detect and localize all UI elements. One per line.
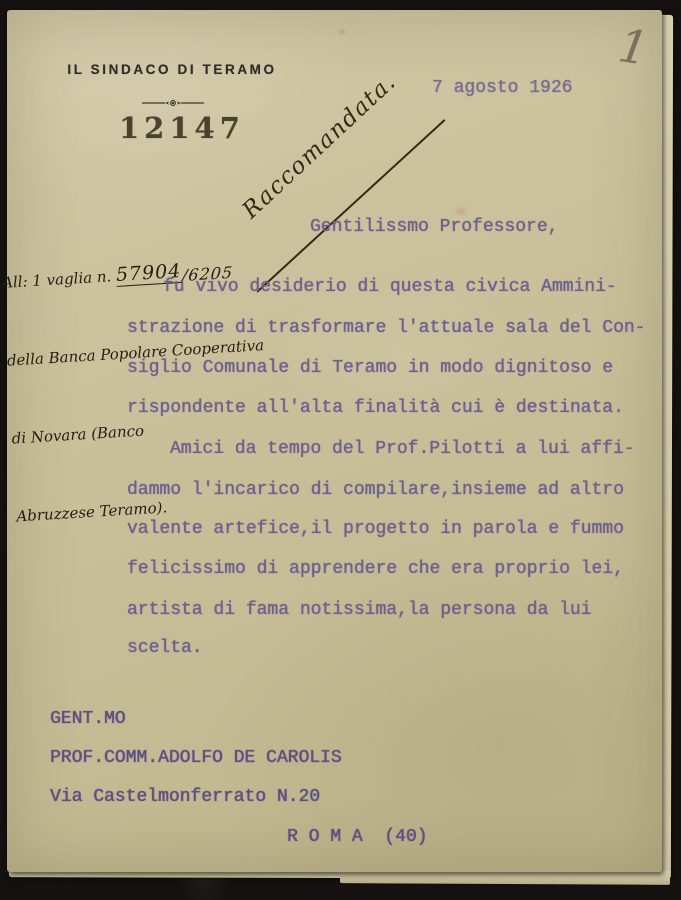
- paper-stain-small: [337, 28, 347, 36]
- recipient-street: Via Castelmonferrato N.20: [50, 786, 320, 808]
- pencil-page-number: 1: [615, 18, 652, 76]
- body-line-8: felicissimo di apprendere che era propri…: [127, 558, 624, 580]
- body-line-10: scelta.: [127, 637, 203, 659]
- body-line-3: siglio Comunale di Teramo in modo dignit…: [127, 357, 613, 379]
- letterhead-ornament: [142, 96, 204, 110]
- letterhead-title: IL SINDACO DI TERAMO: [62, 62, 282, 77]
- body-line-7: valente artefice,il progetto in parola e…: [127, 518, 624, 540]
- salutation: Gentilissmo Professore,: [310, 216, 558, 238]
- body-line-6: dammo l'incarico di compilare,insieme ad…: [127, 479, 624, 501]
- body-line-5: Amici da tempo del Prof.Pilotti a lui af…: [170, 438, 634, 460]
- recipient-name: PROF.COMM.ADOLFO DE CAROLIS: [50, 747, 342, 769]
- body-line-1: fu vivo desiderio di questa civica Ammin…: [163, 276, 617, 298]
- body-line-9: artista di fama notissima,la persona da …: [127, 599, 591, 621]
- recipient-city: R O M A (40): [287, 826, 427, 848]
- body-line-4: rispondente all'alta finalità cui è dest…: [127, 397, 624, 419]
- protocol-number-stamp: 12147: [119, 111, 245, 145]
- letter-page: IL SINDACO DI TERAMO 12147 Raccomandata.…: [7, 10, 662, 872]
- recipient-honorific: GENT.MO: [50, 708, 126, 730]
- body-line-2: strazione di trasformare l'attuale sala …: [127, 317, 645, 339]
- letter-date: 7 agosto 1926: [432, 77, 572, 99]
